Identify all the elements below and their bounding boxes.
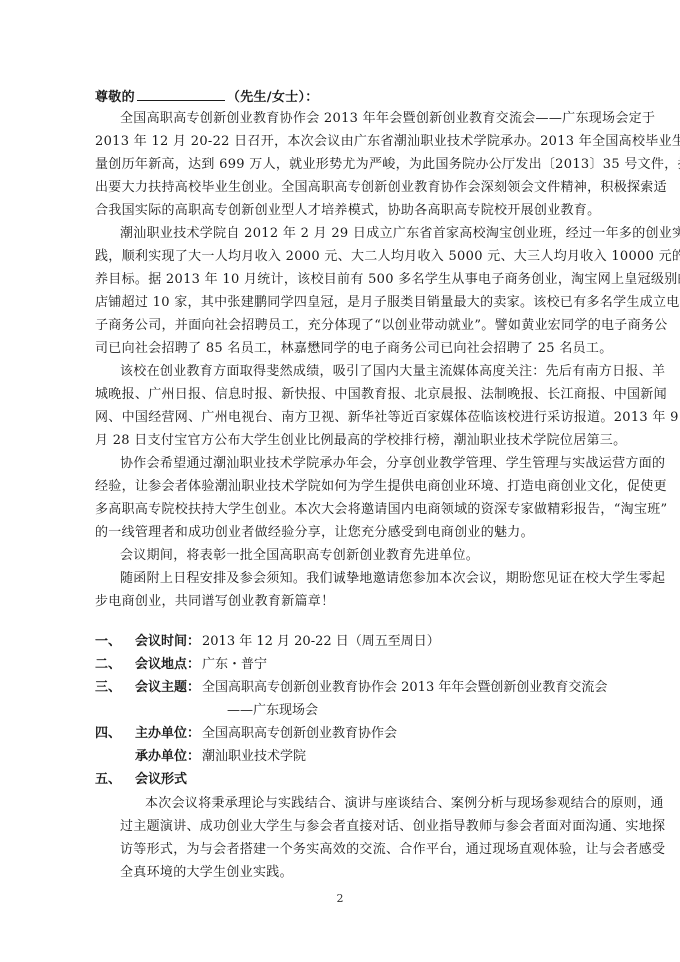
section-value: 全国高职高专创新创业教育协作会 2013 年年会暨创新创业教育交流会 <box>202 679 607 697</box>
recipient-name-blank <box>137 88 225 101</box>
paragraph-5-line: 会议期间，将表彰一批全国高职高专创新创业教育先进单位。 <box>120 547 605 565</box>
section-value: 全国高职高专创新创业教育协作会 <box>202 725 397 743</box>
section-label: 会议主题： <box>135 679 200 697</box>
paragraph-4-line: 的一线管理者和成功创业者做经验分享，让您充分感受到电商创业的魅力。 <box>95 524 605 542</box>
paragraph-4-line: 经验，让参会者体验潮汕职业技术学院如何为学生提供电商创业环境、打造电商创业文化，… <box>95 478 605 496</box>
paragraph-3-line: 网、中国经营网、广州电视台、南方卫视、新华社等近百家媒体莅临该校进行采访报道。2… <box>95 409 605 427</box>
paragraph-3-line: 城晚报、广州日报、信息时报、新快报、中国教育报、北京晨报、法制晚报、长江商报、中… <box>95 386 605 404</box>
section-number: 二、 <box>95 656 121 674</box>
section-number: 三、 <box>95 679 121 697</box>
format-paragraph-line: 访等形式，为与会者搭建一个务实高效的交流、合作平台，通过现场直观体验，让与会者感… <box>120 841 605 859</box>
section-number: 五、 <box>95 771 121 789</box>
section-label: 会议形式 <box>135 771 187 789</box>
paragraph-2-line: 养目标。据 2013 年 10 月统计，该校目前有 500 多名学生从事电子商务… <box>95 271 605 289</box>
section-value: 广东・普宁 <box>202 656 267 674</box>
section-number: 一、 <box>95 633 121 651</box>
greeting-suffix: （先生/女士）： <box>227 90 319 105</box>
section-number: 四、 <box>95 725 121 743</box>
page-number: 2 <box>330 892 350 905</box>
section-label: 会议地点： <box>135 656 200 674</box>
section-value-subtitle: ——广东现场会 <box>227 702 318 720</box>
section-label: 承办单位： <box>135 748 200 766</box>
paragraph-3-line: 月 28 日支付宝官方公布大学生创业比例最高的学校排行榜，潮汕职业技术学院位居第… <box>95 432 605 450</box>
paragraph-1-line: 出要大力扶持高校毕业生创业。全国高职高专创新创业教育协作会深刻领会文件精神，积极… <box>95 179 605 197</box>
paragraph-2-line: 潮汕职业技术学院自 2012 年 2 月 29 日成立广东省首家高校淘宝创业班，… <box>120 225 605 243</box>
paragraph-6-line: 随函附上日程安排及参会须知。我们诚挚地邀请您参加本次会议，期盼您见证在校大学生零… <box>120 570 605 588</box>
paragraph-6-line: 步电商创业，共同谱写创业教育新篇章！ <box>95 593 605 611</box>
section-label: 会议时间： <box>135 633 200 651</box>
paragraph-1-line: 合我国实际的高职高专创新创业型人才培养模式，协助各高职高专院校开展创业教育。 <box>95 202 605 220</box>
section-label: 主办单位： <box>135 725 200 743</box>
format-paragraph-line: 本次会议将秉承理论与实践结合、演讲与座谈结合、案例分析与现场参观结合的原则，通 <box>145 795 605 813</box>
format-paragraph-line: 过主题演讲、成功创业大学生与参会者直接对话、创业指导教师与参会者面对面沟通、实地… <box>120 818 605 836</box>
paragraph-1-line: 2013 年 12 月 20-22 日召开，本次会议由广东省潮汕职业技术学院承办… <box>95 133 605 151</box>
greeting-prefix: 尊敬的 <box>95 90 135 105</box>
paragraph-1-line: 全国高职高专创新创业教育协作会 2013 年年会暨创新创业教育交流会——广东现场… <box>120 110 605 128</box>
paragraph-3-line: 该校在创业教育方面取得斐然成绩，吸引了国内大量主流媒体高度关注：先后有南方日报、… <box>120 363 605 381</box>
paragraph-1-line: 量创历年新高，达到 699 万人，就业形势尤为严峻，为此国务院办公厅发出〔201… <box>95 156 605 174</box>
paragraph-2-line: 子商务公司，并面向社会招聘员工，充分体现了“以创业带动就业”。譬如黄业宏同学的电… <box>95 317 605 335</box>
paragraph-4-line: 协作会希望通过潮汕职业技术学院承办年会，分享创业教学管理、学生管理与实战运营方面… <box>120 455 605 473</box>
document-page: 尊敬的（先生/女士）： 全国高职高专创新创业教育协作会 2013 年年会暨创新创… <box>0 0 680 962</box>
section-value: 2013 年 12 月 20-22 日（周五至周日） <box>202 633 440 651</box>
greeting: 尊敬的（先生/女士）： <box>95 88 605 107</box>
paragraph-4-line: 多高职高专院校扶持大学生创业。本次大会将邀请国内电商领域的资深专家做精彩报告，“… <box>95 501 605 519</box>
section-value: 潮汕职业技术学院 <box>202 748 306 766</box>
paragraph-2-line: 司已向社会招聘了 85 名员工，林嘉懋同学的电子商务公司已向社会招聘了 25 名… <box>95 340 605 358</box>
paragraph-2-line: 践，顺利实现了大一人均月收入 2000 元、大二人均月收入 5000 元、大三人… <box>95 248 605 266</box>
format-paragraph-line: 全真环境的大学生创业实践。 <box>120 864 605 882</box>
paragraph-2-line: 店铺超过 10 家，其中张建鹏同学四皇冠，是月子服类目销量最大的卖家。该校已有多… <box>95 294 605 312</box>
